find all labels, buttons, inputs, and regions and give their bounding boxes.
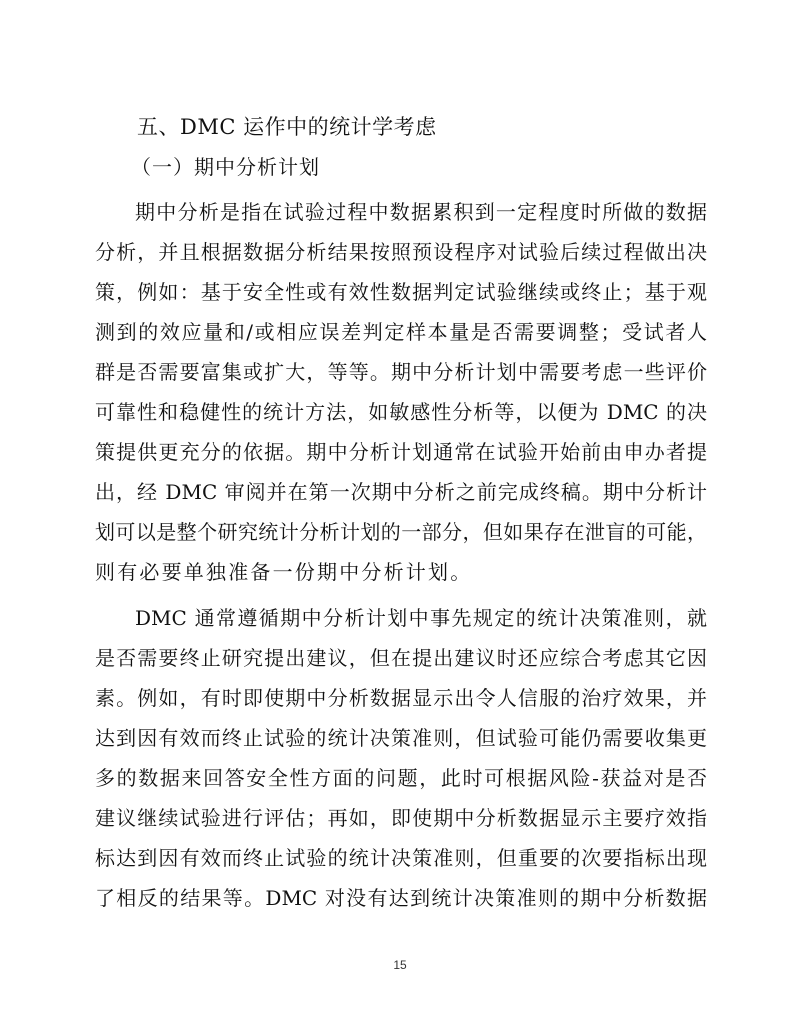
- page-number: 15: [0, 958, 800, 972]
- text-line: 标达到因有效而终止试验的统计决策准则，但重要的次要指标出现: [95, 838, 707, 878]
- paragraph-dmc-decision-rules: DMC 通常遵循期中分析计划中事先规定的统计决策准则，就 是否需要终止研究提出建…: [95, 598, 707, 918]
- text-line: 素。例如，有时即使期中分析数据显示出令人信服的治疗效果，并: [95, 678, 707, 718]
- document-page: 五、DMC 运作中的统计学考虑 （一）期中分析计划 期中分析是指在试验过程中数据…: [95, 112, 707, 918]
- section-title: 五、DMC 运作中的统计学考虑: [137, 112, 707, 142]
- text-line: 分析，并且根据数据分析结果按照预设程序对试验后续过程做出决: [95, 232, 707, 272]
- text-line: 策提供更充分的依据。期中分析计划通常在试验开始前由申办者提: [95, 432, 707, 472]
- text-line: 是否需要终止研究提出建议，但在提出建议时还应综合考虑其它因: [95, 638, 707, 678]
- text-line: 出，经 DMC 审阅并在第一次期中分析之前完成终稿。期中分析计: [95, 472, 707, 512]
- subsection-title: （一）期中分析计划: [131, 152, 707, 182]
- text-line: 则有必要单独准备一份期中分析计划。: [95, 552, 707, 592]
- text-line: 建议继续试验进行评估；再如，即使期中分析数据显示主要疗效指: [95, 798, 707, 838]
- text-line: 策，例如：基于安全性或有效性数据判定试验继续或终止；基于观: [95, 272, 707, 312]
- text-line: 群是否需要富集或扩大，等等。期中分析计划中需要考虑一些评价: [95, 352, 707, 392]
- text-line: 测到的效应量和/或相应误差判定样本量是否需要调整；受试者人: [95, 312, 707, 352]
- text-line: 期中分析是指在试验过程中数据累积到一定程度时所做的数据: [95, 192, 707, 232]
- text-line: DMC 通常遵循期中分析计划中事先规定的统计决策准则，就: [95, 598, 707, 638]
- text-line: 划可以是整个研究统计分析计划的一部分，但如果存在泄盲的可能，: [95, 512, 707, 552]
- paragraph-interim-analysis-definition: 期中分析是指在试验过程中数据累积到一定程度时所做的数据 分析，并且根据数据分析结…: [95, 192, 707, 592]
- text-line: 了相反的结果等。DMC 对没有达到统计决策准则的期中分析数据: [95, 878, 707, 918]
- text-line: 多的数据来回答安全性方面的问题，此时可根据风险-获益对是否: [95, 758, 707, 798]
- text-line: 达到因有效而终止试验的统计决策准则，但试验可能仍需要收集更: [95, 718, 707, 758]
- text-line: 可靠性和稳健性的统计方法，如敏感性分析等，以便为 DMC 的决: [95, 392, 707, 432]
